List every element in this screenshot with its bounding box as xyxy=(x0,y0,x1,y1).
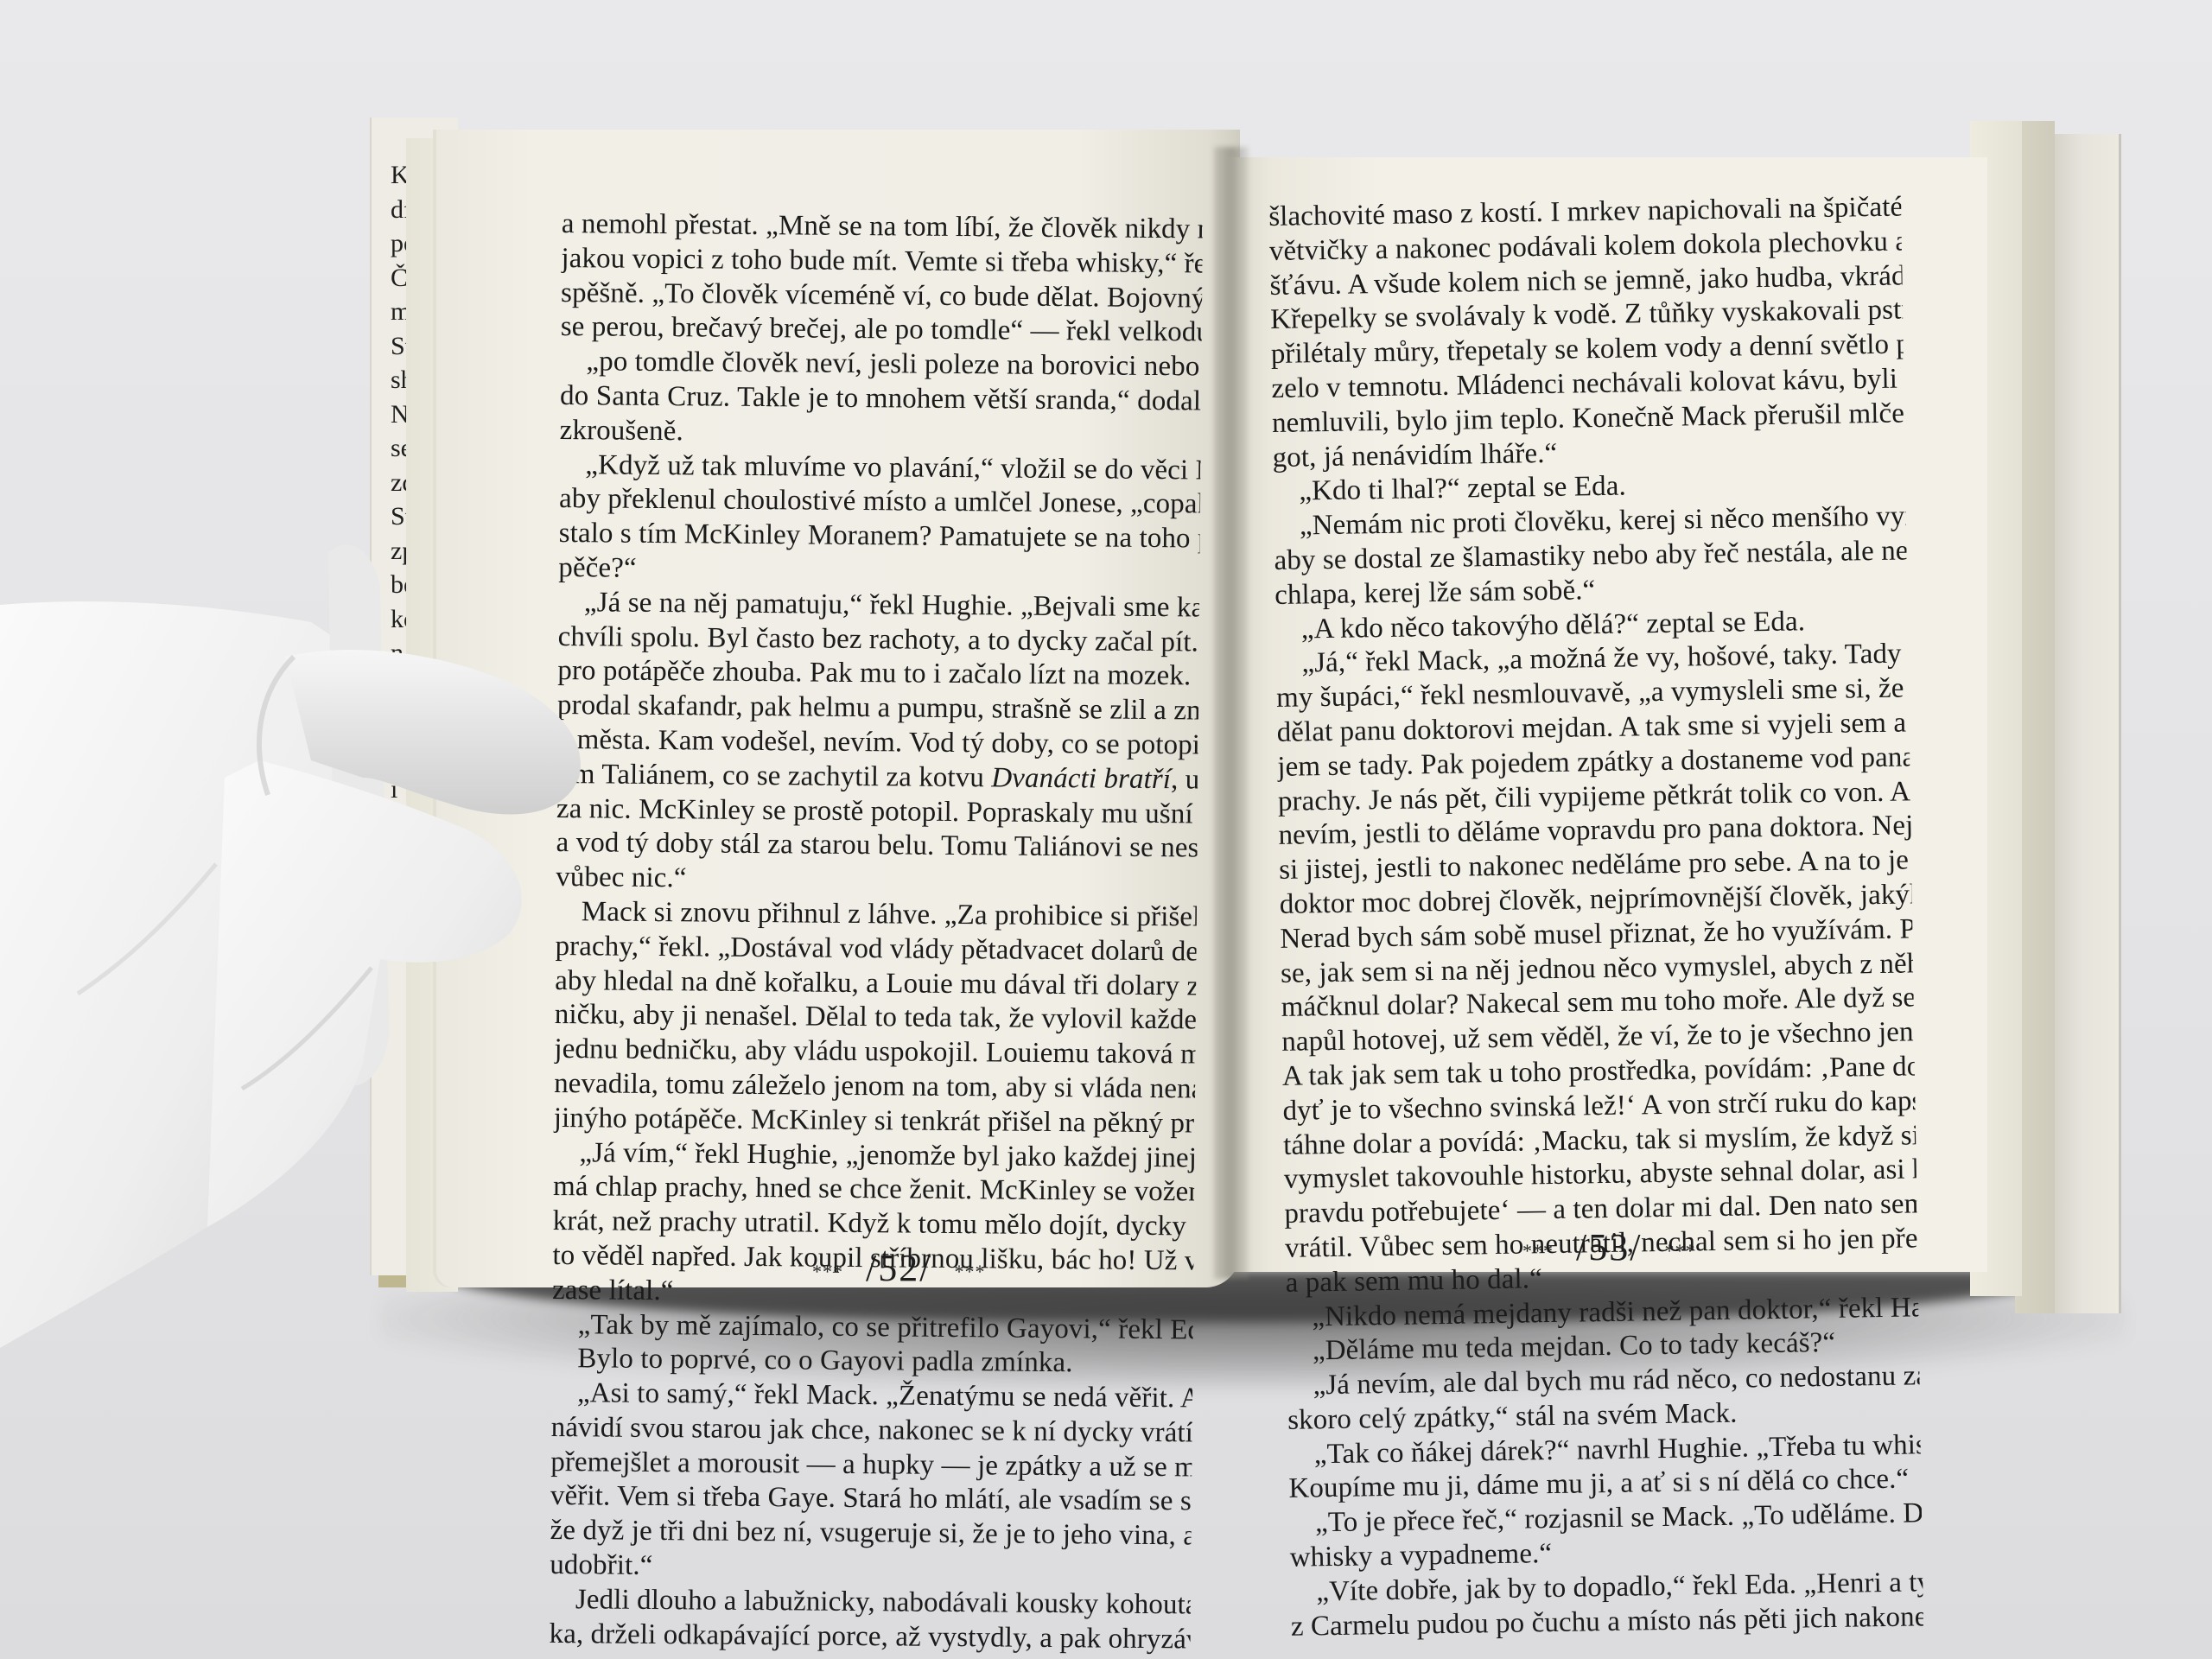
text-line: krát, než prachy utratil. Když k tomu mě… xyxy=(553,1205,1194,1244)
text-line: jinýho potápěče. McKinley si tenkrát při… xyxy=(554,1102,1195,1141)
text-line: nevadila, tomu záleželo jenom na tom, ab… xyxy=(554,1067,1195,1107)
folio-ornament: *** xyxy=(954,1261,985,1282)
book-gutter xyxy=(1214,147,1249,1279)
text-line: „Asi to samý,“ řekl Mack. „Ženatýmu se n… xyxy=(551,1376,1192,1416)
text-line: do Santa Cruz. Takle je to mnohem větší … xyxy=(560,379,1201,419)
text-line: zkroušeně. xyxy=(560,414,1201,454)
right-page-text: šlachovité maso z kostí. I mrkev napicho… xyxy=(1268,191,1923,1645)
text-line: pěče?“ xyxy=(558,551,1199,591)
page-number-value: 52 xyxy=(878,1247,919,1289)
text-line: Mack si znovu přihnul z láhve. „Za prohi… xyxy=(556,895,1197,935)
text-line: pro potápěče zhouba. Pak mu to i začalo … xyxy=(557,654,1198,694)
text-line: věřit. Vem si třeba Gaye. Stará ho mlátí… xyxy=(550,1479,1192,1519)
text-line: „Když už tak mluvíme vo plavání,“ vložil… xyxy=(559,448,1200,488)
text-line: prodal skafandr, pak helmu a pumpu, stra… xyxy=(557,689,1198,728)
text-line: „Já se na něj pamatuju,“ řekl Hughie. „B… xyxy=(558,586,1199,626)
folio-ornament: *** xyxy=(1522,1240,1554,1262)
text-line: chvíli spolu. Byl často bez rachoty, a t… xyxy=(557,620,1198,660)
ship-name-italic: Dvanácti bratří xyxy=(991,762,1171,795)
text-line: návidí svou starou jak chce, nakonec se … xyxy=(550,1411,1192,1451)
text-line: „po tomdle člověk neví, jesli poleze na … xyxy=(560,345,1201,385)
text-line: a vod tý doby stál za starou belu. Tomu … xyxy=(556,826,1197,866)
page-number-right: *** /53/ *** xyxy=(1522,1225,1695,1269)
text-line: stalo s tím McKinley Moranem? Pamatujete… xyxy=(559,517,1200,556)
text-line: jakou vopici z toho bude mít. Vemte si t… xyxy=(561,242,1202,282)
text-line: aby hledal na dně kořalku, a Louie mu dá… xyxy=(555,963,1196,1003)
text-line: přemejšlet a morousit — a hupky — je zpá… xyxy=(550,1446,1192,1485)
text-line: jednu bedničku, aby vládu uspokojil. Lou… xyxy=(554,1033,1195,1072)
text-line: se perou, brečavý brečej, ale po tomdle“… xyxy=(561,310,1202,350)
text-line: ka, drželi odkapávající porce, až vystyd… xyxy=(549,1618,1190,1657)
text-line: z města. Kam vodešel, nevím. Vod tý doby… xyxy=(556,723,1198,763)
text-line: „Tak by mě zajímalo, co se přitrefilo Ga… xyxy=(552,1307,1193,1347)
text-line: za nic. McKinley se prostě potopil. Popr… xyxy=(556,792,1198,832)
text-line: Jedli dlouho a labužnicky, nabodávali ko… xyxy=(550,1583,1191,1623)
text-line: aby překlenul choulostivé místo a umlčel… xyxy=(559,482,1200,522)
text-line: že dyž je tři dni bez ní, vsugeruje si, … xyxy=(550,1514,1191,1554)
text-line: tím Taliánem, co se zachytil za kotvu Dv… xyxy=(556,758,1198,798)
text-line: „Já vím,“ řekl Hughie, „jenomže byl jako… xyxy=(553,1135,1194,1175)
page-number-value: 53 xyxy=(1588,1226,1630,1268)
front-cover-edge xyxy=(2048,134,2121,1313)
text-line: udobřit.“ xyxy=(550,1548,1191,1588)
text-line: ničku, aby ji nenašel. Dělal to teda tak… xyxy=(555,998,1196,1038)
text-line: vůbec nic.“ xyxy=(556,861,1197,900)
text-line: prachy,“ řekl. „Dostával vod vlády pětad… xyxy=(555,930,1196,969)
photo-scene: KadflapovČtmfSteshNasezdStzpbekon(pTi a … xyxy=(0,0,2212,1659)
text-line: Bylo to poprvé, co o Gayovi padla zmínka… xyxy=(551,1342,1192,1382)
text-line: spěšně. „To člověk víceméně ví, co bude … xyxy=(561,276,1202,316)
text-line: a nemohl přestat. „Mně se na tom líbí, ž… xyxy=(562,207,1203,247)
folio-ornament: *** xyxy=(1664,1240,1695,1262)
left-page-text: a nemohl přestat. „Mně se na tom líbí, ž… xyxy=(549,207,1203,1657)
folio-ornament: *** xyxy=(812,1261,843,1282)
page-number-left: *** /52/ *** xyxy=(812,1246,985,1290)
text-line: má chlap prachy, hned se chce ženit. McK… xyxy=(553,1170,1194,1210)
